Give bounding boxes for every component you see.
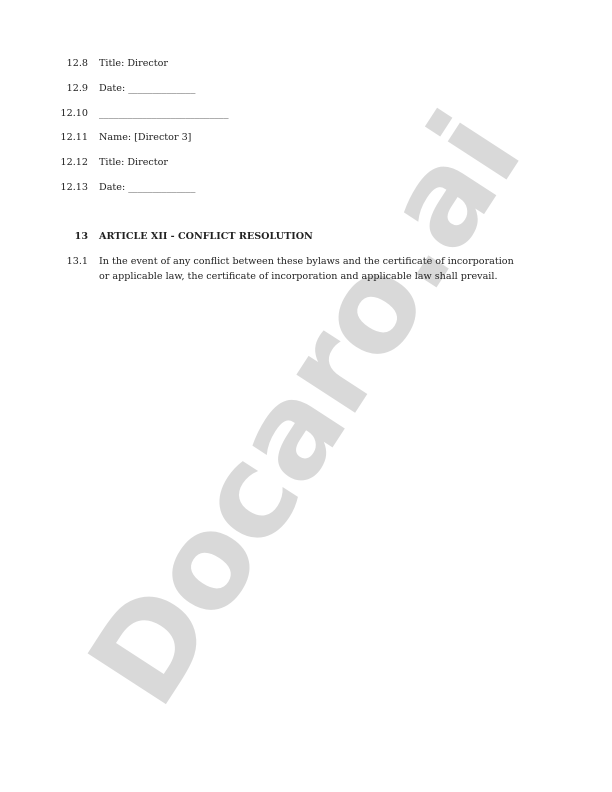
- item-number: 12.10: [0, 106, 88, 121]
- signature-line: ___________________________: [99, 106, 229, 121]
- item-number: 12.13: [0, 180, 88, 195]
- item-text: Date: ______________: [99, 180, 195, 195]
- item-text: Title: Director: [99, 155, 168, 170]
- item-text: Date: ______________: [99, 81, 195, 96]
- item-text: Name: [Director 3]: [99, 130, 191, 145]
- item-number: 12.8: [0, 56, 88, 71]
- item-number: 12.9: [0, 81, 88, 96]
- clause-number: 13.1: [0, 254, 88, 269]
- section-number: 13: [0, 229, 88, 244]
- section-title: ARTICLE XII - CONFLICT RESOLUTION: [99, 229, 313, 244]
- item-number: 12.11: [0, 130, 88, 145]
- item-text: Title: Director: [99, 56, 168, 71]
- clause-text: In the event of any conflict between the…: [99, 254, 519, 284]
- item-number: 12.12: [0, 155, 88, 170]
